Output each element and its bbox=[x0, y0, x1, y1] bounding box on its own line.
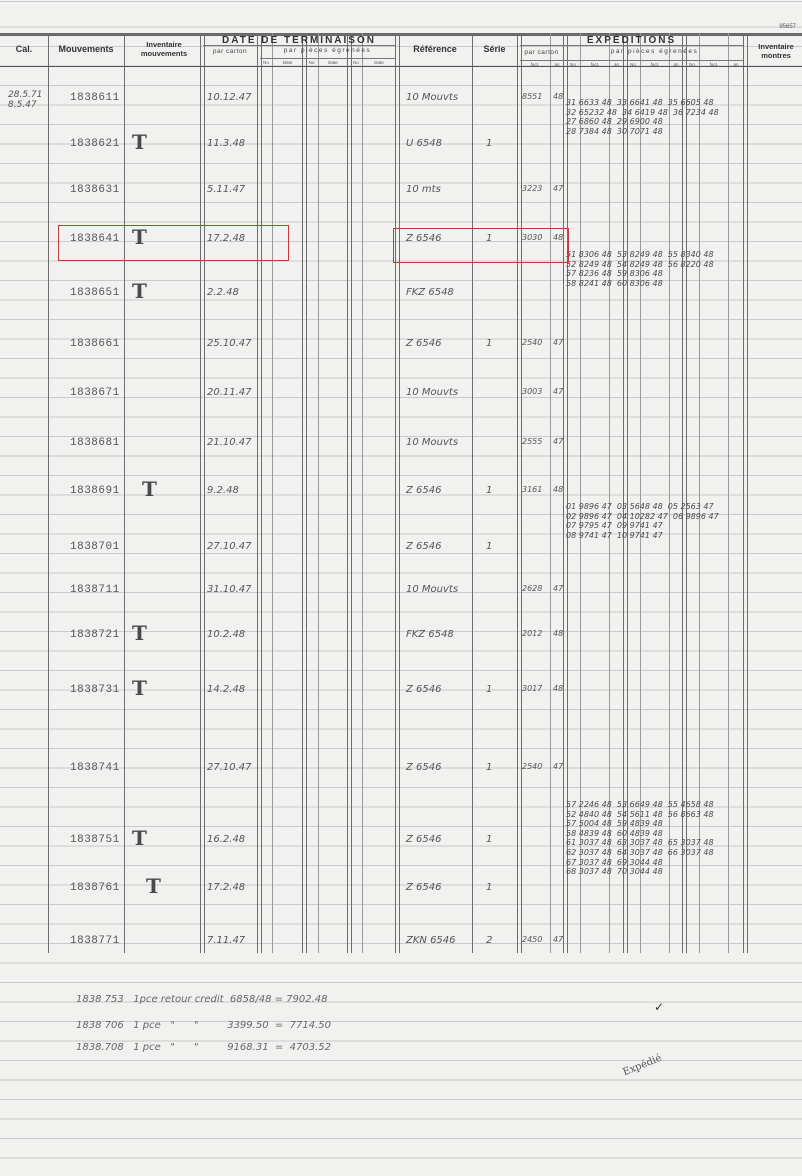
header-rule bbox=[520, 60, 743, 61]
reference: 10 Mouvts bbox=[406, 584, 458, 595]
invoice-number: 2012 bbox=[522, 629, 542, 638]
header-cal: Cal. bbox=[0, 44, 48, 54]
termination-date: 10.2.48 bbox=[207, 629, 245, 640]
header-no: No bbox=[685, 62, 699, 67]
header-mouvements: Mouvements bbox=[48, 44, 124, 54]
termination-date: 16.2.48 bbox=[207, 834, 245, 845]
movement-number: 1838741 bbox=[70, 762, 120, 774]
reference: Z 6546 bbox=[406, 541, 441, 552]
invoice-number: 2628 bbox=[522, 584, 542, 593]
col-divider bbox=[743, 33, 748, 953]
movement-number: 1838661 bbox=[70, 338, 120, 350]
header-fact: fact. bbox=[520, 62, 550, 67]
serie: 1 bbox=[486, 834, 492, 845]
termination-date: 17.2.48 bbox=[207, 882, 245, 893]
movement-number: 1838731 bbox=[70, 684, 120, 696]
termination-date: 9.2.48 bbox=[207, 485, 239, 496]
movement-number: 1838691 bbox=[70, 485, 120, 497]
t-stamp: T bbox=[142, 477, 157, 501]
termination-date: 5.11.47 bbox=[207, 184, 245, 195]
serie: 2 bbox=[486, 935, 492, 946]
serie: 1 bbox=[486, 882, 492, 893]
termination-date: 31.10.47 bbox=[207, 584, 252, 595]
reference: 10 Mouvts bbox=[406, 92, 458, 103]
header-date: Date bbox=[273, 60, 302, 65]
cal-line: 28.5.71 bbox=[8, 90, 42, 100]
expedition-line: 01 9896 47 03 5648 48 05 2563 47 bbox=[566, 502, 714, 512]
movement-number: 1838701 bbox=[70, 541, 120, 553]
header-par-pieces: par pièces égrenées bbox=[260, 47, 395, 54]
invoice-year: 47 bbox=[553, 184, 563, 193]
note-line: 1838 706 1 pce " " 3399.50 = 7714.50 bbox=[76, 1020, 331, 1031]
header-no: No bbox=[626, 62, 640, 67]
invoice-number: 3017 bbox=[522, 684, 542, 693]
invoice-year: 47 bbox=[553, 387, 563, 396]
cal-line: 8.5.47 bbox=[8, 100, 42, 110]
header-exp-par-pieces: par pièces égrenées bbox=[566, 48, 743, 55]
reference: 10 mts bbox=[406, 184, 441, 195]
invoice-number: 3003 bbox=[522, 387, 542, 396]
expedition-line: 51 8306 48 53 8249 48 55 8340 48 bbox=[566, 250, 714, 260]
check-mark: ✓ bbox=[654, 1000, 664, 1014]
t-stamp: T bbox=[146, 874, 161, 898]
expedition-line: 52 4840 48 54 5611 48 56 8663 48 bbox=[566, 810, 714, 820]
invoice-number: 2540 bbox=[522, 338, 542, 347]
expedie-stamp: Expédié bbox=[621, 1053, 663, 1078]
reference: 10 Mouvts bbox=[406, 437, 458, 448]
reference: Z 6546 bbox=[406, 834, 441, 845]
t-stamp: T bbox=[132, 826, 147, 850]
expedition-line: 68 3037 48 70 3044 48 bbox=[566, 867, 663, 877]
t-stamp: T bbox=[132, 130, 147, 154]
invoice-year: 47 bbox=[553, 338, 563, 347]
header-reference: Référence bbox=[398, 44, 472, 54]
col-divider bbox=[550, 33, 551, 953]
movement-number: 1838721 bbox=[70, 629, 120, 641]
expedition-line: 67 3037 48 69 3044 48 bbox=[566, 858, 663, 868]
serie: 1 bbox=[486, 541, 492, 552]
expedition-line: 31 6633 48 33 6641 48 35 6605 48 bbox=[566, 98, 714, 108]
header-no: No bbox=[350, 60, 362, 65]
invoice-number: 2555 bbox=[522, 437, 542, 446]
header-fact: fact. bbox=[641, 62, 669, 67]
col-divider bbox=[318, 33, 319, 953]
termination-date: 21.10.47 bbox=[207, 437, 252, 448]
termination-date: 27.10.47 bbox=[207, 541, 252, 552]
serie: 1 bbox=[486, 762, 492, 773]
serie: 1 bbox=[486, 684, 492, 695]
expedition-line: 02 9896 47 04 10282 47 06 9896 47 bbox=[566, 512, 719, 522]
header-expeditions: EXPÉDITIONS bbox=[520, 35, 743, 46]
termination-date: 7.11.47 bbox=[207, 935, 245, 946]
invoice-year: 47 bbox=[553, 584, 563, 593]
expedition-line: 27 6860 48 29 6900 48 bbox=[566, 117, 663, 127]
invoice-year: 48 bbox=[553, 629, 563, 638]
expedition-line: 32 65232 48 34 6419 48 36 7234 48 bbox=[566, 108, 719, 118]
col-divider bbox=[124, 33, 125, 953]
highlight-box-movement bbox=[58, 225, 289, 261]
expedition-line: 58 4839 48 60 4839 48 bbox=[566, 829, 663, 839]
col-divider bbox=[395, 33, 400, 953]
header-serie: Série bbox=[472, 44, 517, 54]
highlight-box-reference bbox=[393, 228, 569, 263]
header-date: Date bbox=[363, 60, 395, 65]
serie: 1 bbox=[486, 138, 492, 149]
reference: 10 Mouvts bbox=[406, 387, 458, 398]
invoice-number: 2450 bbox=[522, 935, 542, 944]
movement-number: 1838651 bbox=[70, 287, 120, 299]
termination-date: 10.12.47 bbox=[207, 92, 252, 103]
movement-number: 1838771 bbox=[70, 935, 120, 947]
termination-date: 14.2.48 bbox=[207, 684, 245, 695]
movement-number: 1838711 bbox=[70, 584, 120, 596]
header-an: an bbox=[729, 62, 743, 67]
invoice-year: 48 bbox=[553, 485, 563, 494]
invoice-number: 3223 bbox=[522, 184, 542, 193]
header-inventaire-mouvements: Inventaire mouvements bbox=[128, 40, 200, 58]
document-number: 95657 bbox=[779, 24, 796, 30]
reference: Z 6546 bbox=[406, 762, 441, 773]
invoice-year: 47 bbox=[553, 935, 563, 944]
reference: FKZ 6548 bbox=[406, 287, 454, 298]
col-divider bbox=[472, 33, 473, 953]
serie: 1 bbox=[486, 338, 492, 349]
movement-number: 1838681 bbox=[70, 437, 120, 449]
header-par-carton: par carton bbox=[203, 48, 257, 55]
ledger-page: 95657 Cal. Mouvements Inventaire mouveme… bbox=[0, 0, 802, 1176]
header-no: No bbox=[566, 62, 580, 67]
t-stamp: T bbox=[132, 279, 147, 303]
col-divider bbox=[728, 33, 729, 953]
termination-date: 2.2.48 bbox=[207, 287, 239, 298]
col-divider bbox=[302, 33, 307, 953]
header-no: No bbox=[260, 60, 272, 65]
termination-date: 25.10.47 bbox=[207, 338, 252, 349]
expedition-line: 52 8249 48 54 8249 48 56 8220 48 bbox=[566, 260, 714, 270]
note-line: 1838 753 1pce retour credit 6858/48 = 79… bbox=[76, 994, 328, 1005]
reference: FKZ 6548 bbox=[406, 629, 454, 640]
reference: U 6548 bbox=[406, 138, 442, 149]
header-no: No bbox=[305, 60, 318, 65]
col-divider bbox=[272, 33, 273, 953]
t-stamp: T bbox=[132, 676, 147, 700]
reference: Z 6546 bbox=[406, 338, 441, 349]
invoice-number: 8551 bbox=[522, 92, 542, 101]
header-an: an bbox=[610, 62, 623, 67]
header-an: an bbox=[670, 62, 682, 67]
termination-date: 27.10.47 bbox=[207, 762, 252, 773]
termination-date: 11.3.48 bbox=[207, 138, 245, 149]
expedition-line: 28 7384 48 30 7071 48 bbox=[566, 127, 663, 137]
col-divider bbox=[200, 33, 205, 953]
expedition-line: 57 2246 48 53 6649 48 55 4658 48 bbox=[566, 800, 714, 810]
invoice-number: 3161 bbox=[522, 485, 542, 494]
expedition-line: 07 9795 47 09 9741 47 bbox=[566, 521, 663, 531]
movement-number: 1838671 bbox=[70, 387, 120, 399]
invoice-year: 47 bbox=[553, 762, 563, 771]
expedition-line: 61 3037 48 63 3037 48 65 3037 48 bbox=[566, 838, 714, 848]
reference: Z 6546 bbox=[406, 485, 441, 496]
header-fact: fact. bbox=[581, 62, 609, 67]
header-exp-par-carton: par carton bbox=[520, 49, 563, 56]
invoice-year: 48 bbox=[553, 684, 563, 693]
header-date: Date bbox=[319, 60, 347, 65]
col-divider bbox=[48, 33, 49, 953]
reference: Z 6546 bbox=[406, 882, 441, 893]
invoice-year: 48 bbox=[553, 92, 563, 101]
col-divider bbox=[347, 33, 352, 953]
movement-number: 1838611 bbox=[70, 92, 120, 104]
t-stamp: T bbox=[132, 621, 147, 645]
header-rule bbox=[260, 58, 395, 59]
note-line: 1838.708 1 pce " " 9168.31 = 4703.52 bbox=[76, 1042, 331, 1053]
cal-entry: 28.5.71 8.5.47 bbox=[8, 90, 42, 110]
col-divider bbox=[362, 33, 363, 953]
expedition-line: 57 5004 48 59 4839 48 bbox=[566, 819, 663, 829]
termination-date: 20.11.47 bbox=[207, 387, 252, 398]
movement-number: 1838621 bbox=[70, 138, 120, 150]
expedition-line: 57 8236 48 59 8306 48 bbox=[566, 269, 663, 279]
expedition-line: 58 8241 48 60 8306 48 bbox=[566, 279, 663, 289]
movement-number: 1838631 bbox=[70, 184, 120, 196]
header-an: an bbox=[551, 62, 563, 67]
header-date-terminaison: DATE DE TERMINAISON bbox=[203, 35, 395, 46]
col-divider bbox=[257, 33, 262, 953]
reference: Z 6546 bbox=[406, 684, 441, 695]
invoice-year: 47 bbox=[553, 437, 563, 446]
movement-number: 1838761 bbox=[70, 882, 120, 894]
header-fact: fact. bbox=[700, 62, 728, 67]
invoice-number: 2540 bbox=[522, 762, 542, 771]
expedition-line: 08 9741 47 10 9741 47 bbox=[566, 531, 663, 541]
serie: 1 bbox=[486, 485, 492, 496]
movement-number: 1838751 bbox=[70, 834, 120, 846]
expedition-line: 62 3037 48 64 3037 48 66 3037 48 bbox=[566, 848, 714, 858]
reference: ZKN 6546 bbox=[406, 935, 456, 946]
header-inventaire-montres: Inventaire montres bbox=[750, 42, 802, 60]
